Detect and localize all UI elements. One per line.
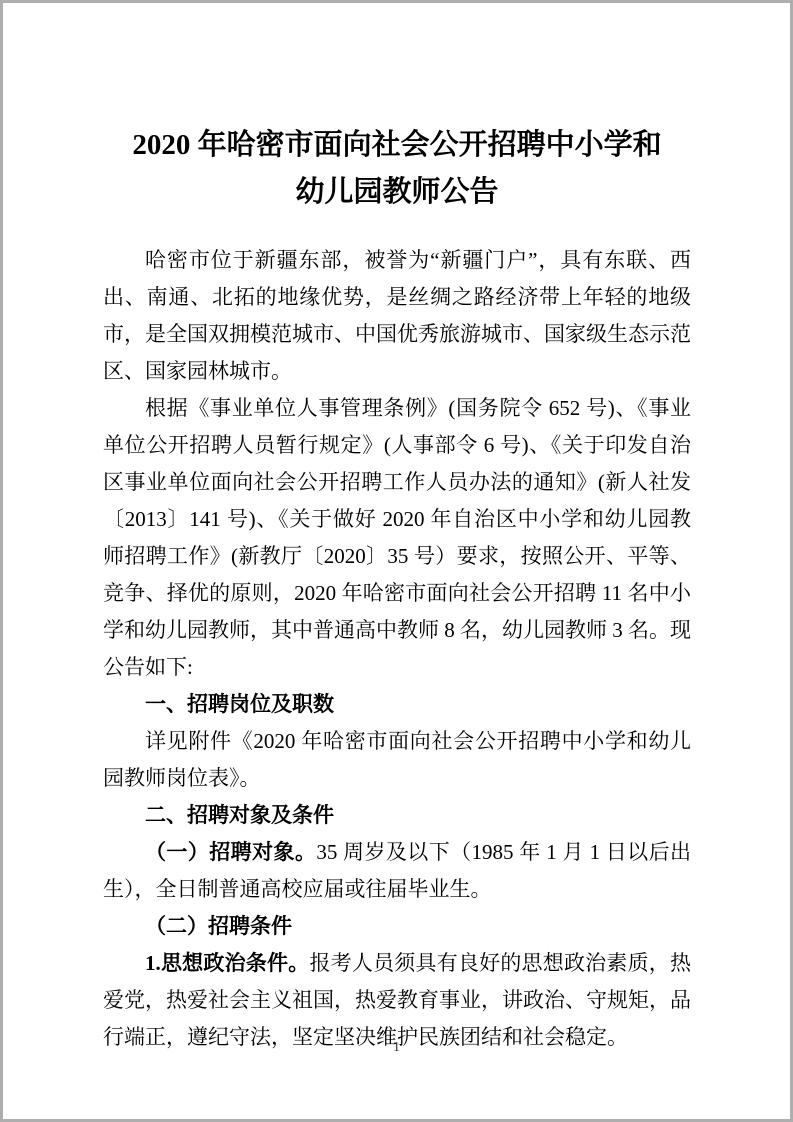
document-title: 2020 年哈密市面向社会公开招聘中小学和 幼儿园教师公告	[103, 122, 691, 216]
page-number: 1	[3, 1040, 790, 1056]
condition-political-lead: 1.思想政治条件。	[145, 951, 309, 975]
document-viewport: 2020 年哈密市面向社会公开招聘中小学和 幼儿园教师公告 哈密市位于新疆东部，…	[0, 0, 793, 1122]
heading-section-2: 二、招聘对象及条件	[103, 797, 691, 834]
paragraph-city-intro: 哈密市位于新疆东部，被誉为“新疆门户”，具有东联、西出、南通、北拓的地缘优势，是…	[103, 242, 691, 390]
document-page: 2020 年哈密市面向社会公开招聘中小学和 幼儿园教师公告 哈密市位于新疆东部，…	[3, 3, 790, 1119]
paragraph-legal-basis: 根据《事业单位人事管理条例》(国务院令 652 号)、《事业单位公开招聘人员暂行…	[103, 390, 691, 686]
document-content: 2020 年哈密市面向社会公开招聘中小学和 幼儿园教师公告 哈密市位于新疆东部，…	[103, 3, 691, 1056]
paragraph-recruit-target: （一）招聘对象。35 周岁及以下（1985 年 1 月 1 日以后出生），全日制…	[103, 834, 691, 908]
document-title-line-2: 幼儿园教师公告	[103, 169, 691, 216]
document-title-line-1: 2020 年哈密市面向社会公开招聘中小学和	[103, 122, 691, 169]
heading-section-1: 一、招聘岗位及职数	[103, 686, 691, 723]
paragraph-section-1-body: 详见附件《2020 年哈密市面向社会公开招聘中小学和幼儿园教师岗位表》。	[103, 723, 691, 797]
recruit-target-lead: （一）招聘对象。	[145, 840, 316, 864]
heading-recruit-conditions: （二）招聘条件	[103, 908, 691, 945]
